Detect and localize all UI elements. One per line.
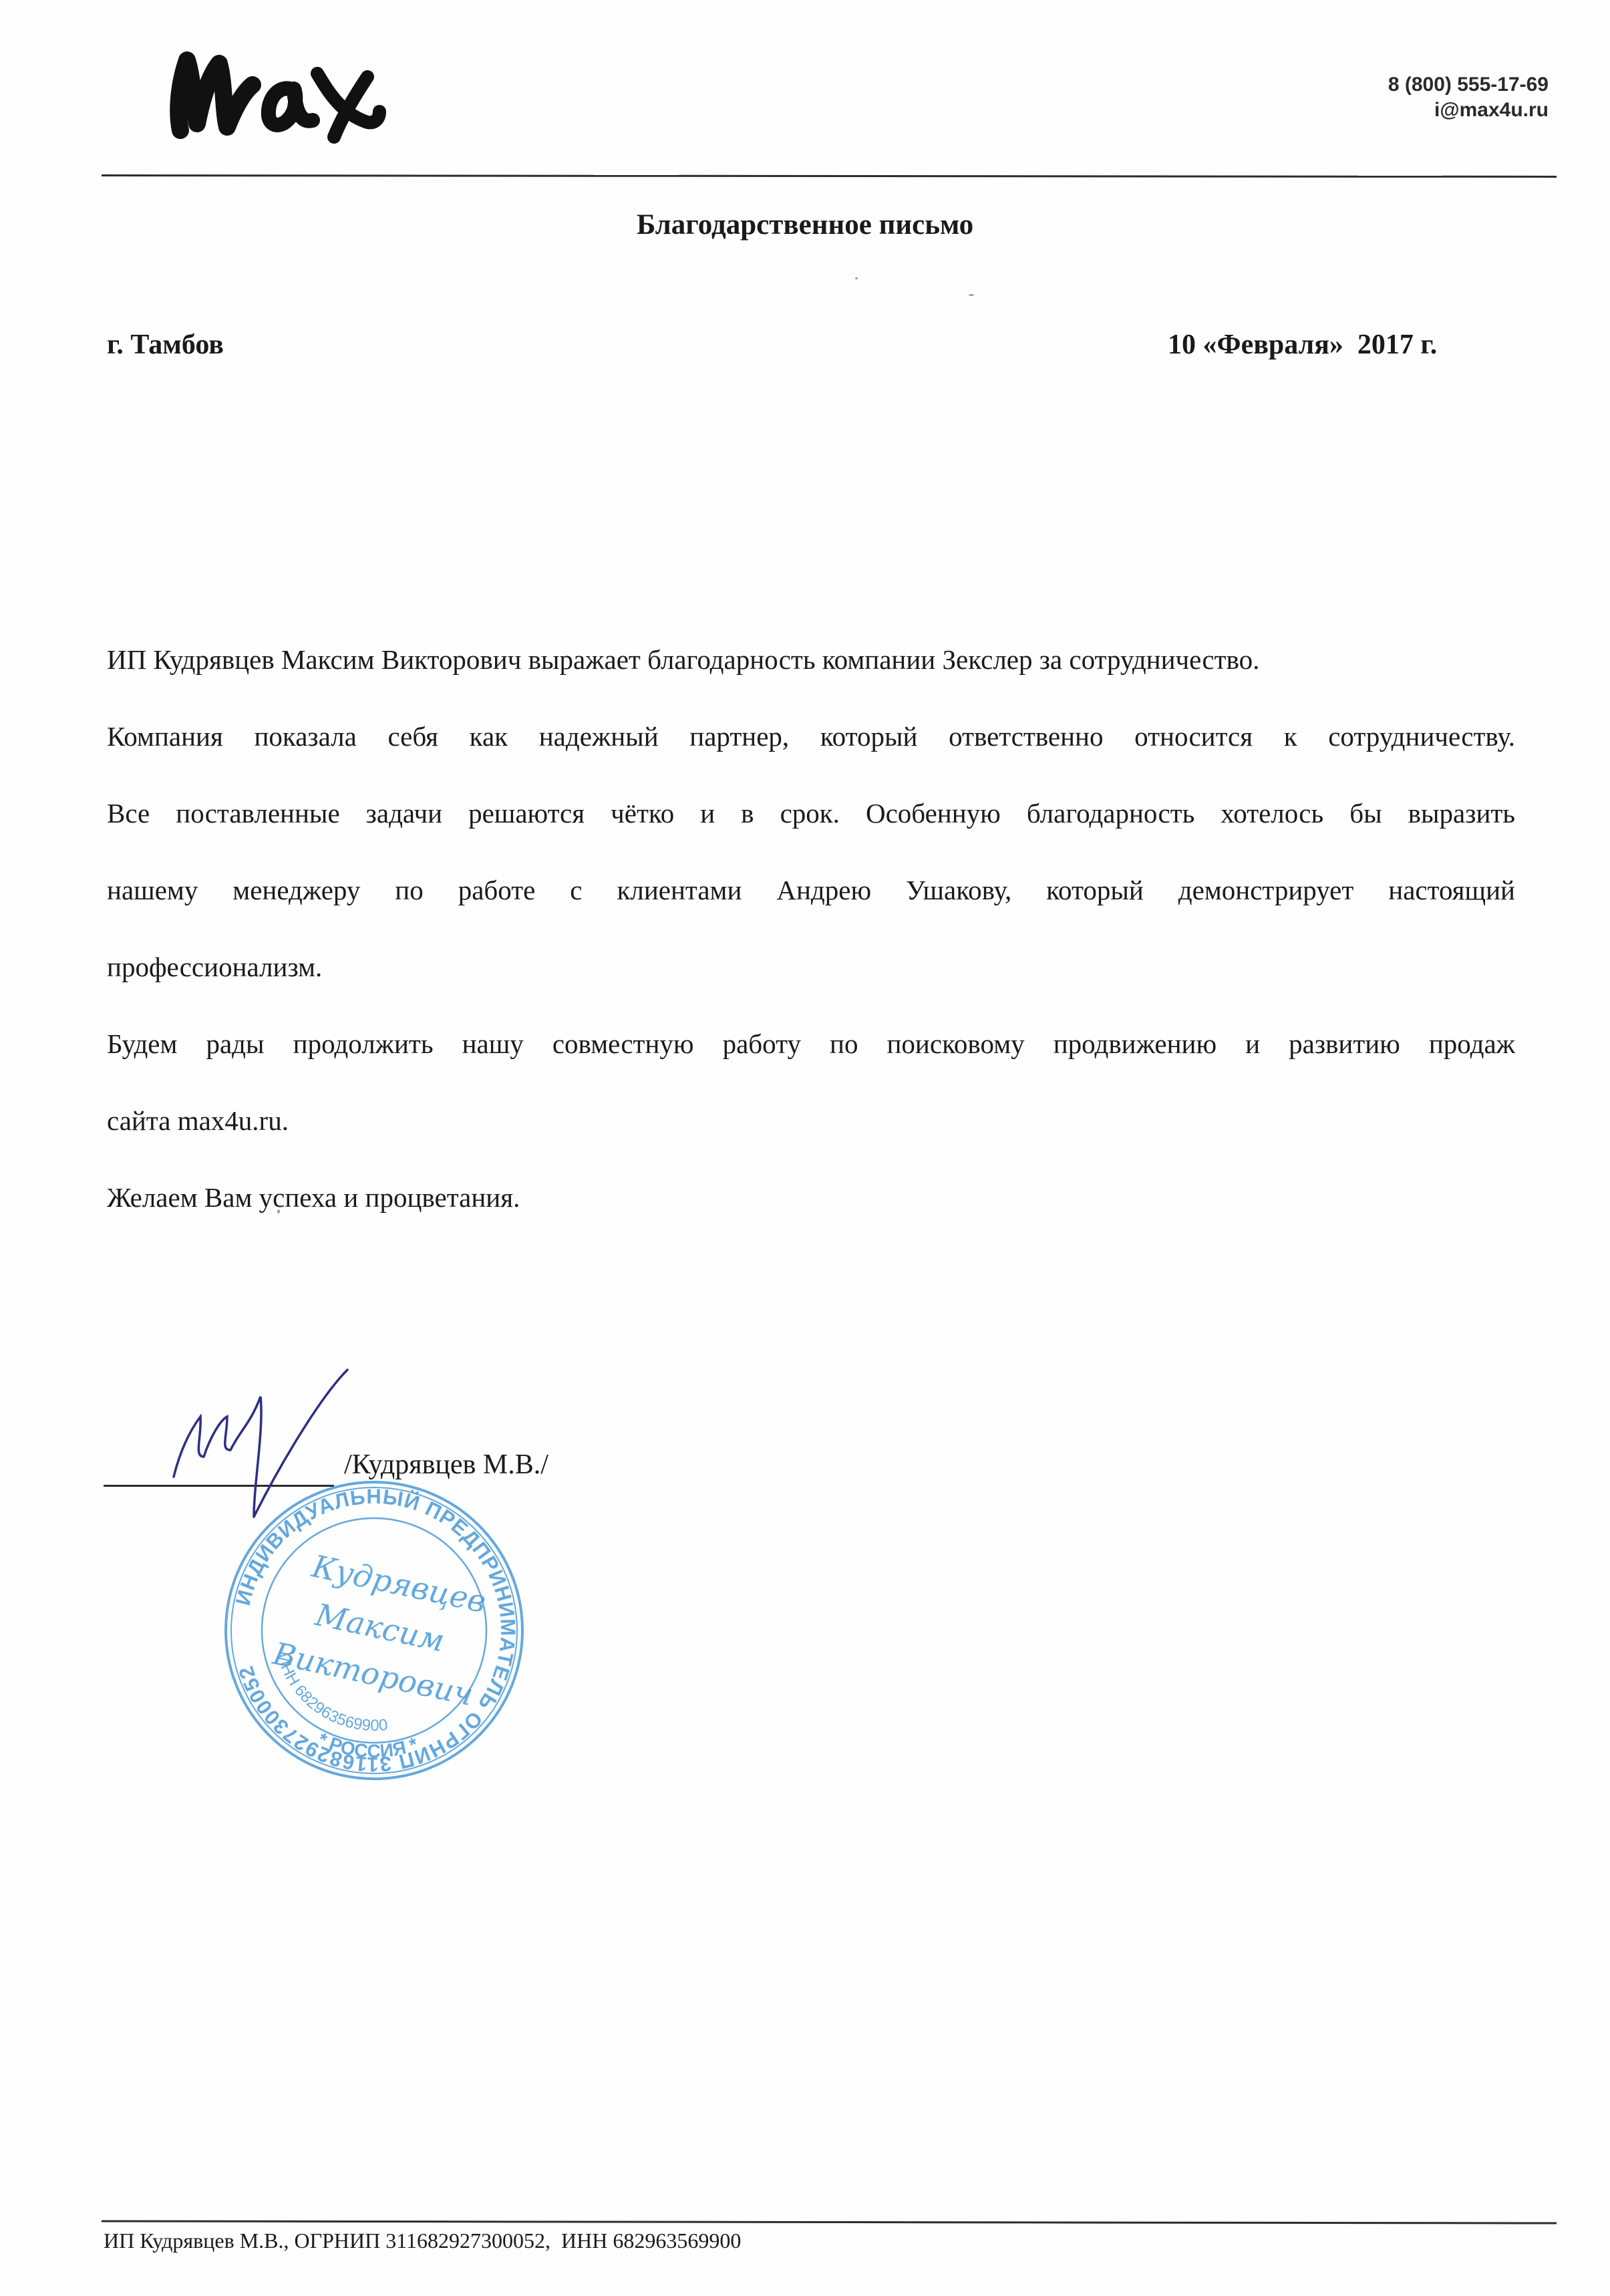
body-line: сайта max4u.ru. [107,1083,1515,1159]
letter-page: max 8 (800) 555-17-69 i@max4u.ru Благода… [0,0,1610,2296]
body-line: Компания показала себя как надежный парт… [107,698,1515,775]
letter-title: Благодарственное письмо [0,208,1610,241]
handwritten-signature [154,1356,394,1524]
letter-date: 10 «Февраля» 2017 г. [1168,329,1437,361]
contact-block: 8 (800) 555-17-69 i@max4u.ru [1388,72,1549,123]
footer-divider [102,2220,1557,2224]
scan-speck [969,294,974,296]
email-address: i@max4u.ru [1388,98,1549,123]
body-line: профессионализм. [107,929,1515,1006]
body-line: Будем рады продолжить нашу совместную ра… [107,1006,1515,1083]
scan-speck [277,1209,280,1213]
max-logo: max [167,37,387,144]
body-line: Все поставленные задачи решаются чётко и… [107,775,1515,852]
scan-speck [855,277,858,279]
body-line: Желаем Вам успеха и процветания. [107,1159,1515,1236]
letter-body: ИП Кудрявцев Максим Викторович выражает … [107,621,1515,1236]
header-divider [102,174,1557,178]
footer-requisites: ИП Кудрявцев М.В., ОГРНИП 31168292730005… [104,2229,741,2253]
body-line: ИП Кудрявцев Максим Викторович выражает … [107,621,1515,698]
body-line: нашему менеджеру по работе с клиентами А… [107,852,1515,929]
phone-number: 8 (800) 555-17-69 [1388,72,1549,98]
letter-city: г. Тамбов [107,329,224,361]
